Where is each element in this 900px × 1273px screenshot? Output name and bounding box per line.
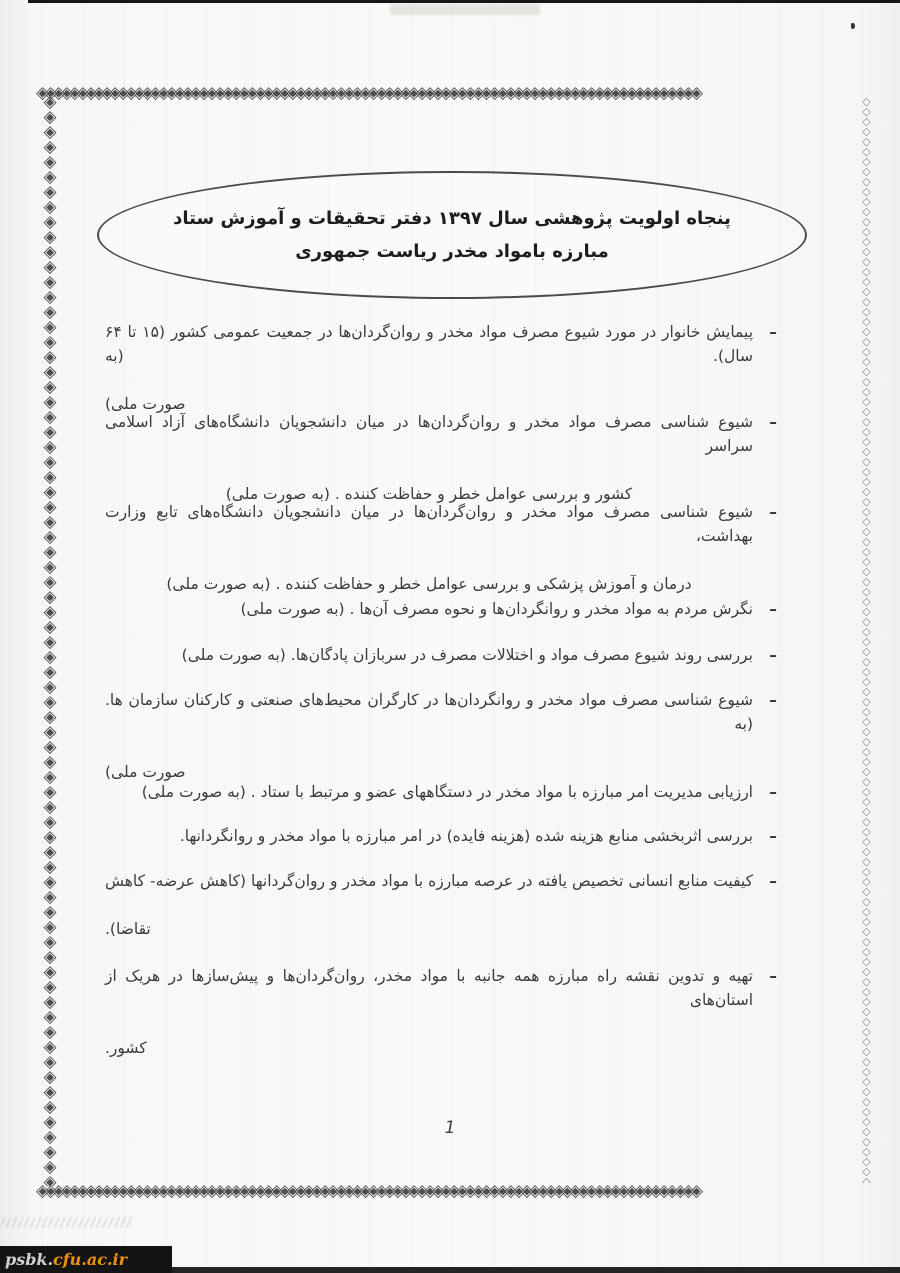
bullet-dash: – — [757, 869, 777, 893]
item-text: شیوع شناسی مصرف مواد مخدر و روانگردان‌ها… — [105, 688, 753, 736]
list-item: – پیمایش خانوار در مورد شیوع مصرف مواد م… — [105, 320, 777, 416]
item-text: تقاضا). — [105, 917, 753, 941]
list-item: – کیفیت منابع انسانی تخصیص یافته در عرصه… — [105, 869, 777, 941]
list-item: – تهیه و تدوین نقشه راه مبارزه همه جانبه… — [105, 964, 777, 1060]
ornament-border-bottom-icon: ◈◈◈◈◈◈◈◈◈◈◈◈◈◈◈◈◈◈◈◈◈◈◈◈◈◈◈◈◈◈◈◈◈◈◈◈◈◈◈◈… — [36, 1181, 874, 1203]
scan-top-edge-line — [28, 0, 900, 3]
list-item: – نگرش مردم به مواد مخدر و روانگردان‌ها … — [105, 597, 777, 621]
item-text: درمان و آموزش پزشکی و بررسی عوامل خطر و … — [105, 572, 753, 596]
watermark: psbk.cfu.ac.ir — [0, 1246, 172, 1273]
title-oval: پنجاه اولویت پژوهشی سال ۱۳۹۷ دفتر تحقیقا… — [97, 171, 807, 299]
bullet-dash: – — [757, 500, 777, 524]
ornament-border-left-icon: ◈◈◈◈◈◈◈◈◈◈◈◈◈◈◈◈◈◈◈◈◈◈◈◈◈◈◈◈◈◈◈◈◈◈◈◈◈◈◈◈… — [36, 92, 60, 1186]
item-text: کیفیت منابع انسانی تخصیص یافته در عرصه م… — [105, 869, 753, 893]
ornament-border-top-icon: ◈◈◈◈◈◈◈◈◈◈◈◈◈◈◈◈◈◈◈◈◈◈◈◈◈◈◈◈◈◈◈◈◈◈◈◈◈◈◈◈… — [36, 83, 874, 105]
scanned-document-page: ◈◈◈◈◈◈◈◈◈◈◈◈◈◈◈◈◈◈◈◈◈◈◈◈◈◈◈◈◈◈◈◈◈◈◈◈◈◈◈◈… — [0, 0, 900, 1273]
watermark-domain: cfu.ac.ir — [53, 1250, 127, 1269]
bullet-dash: – — [757, 688, 777, 712]
list-item: – بررسی اثربخشی منابع هزینه شده (هزینه ف… — [105, 824, 777, 848]
list-item: – شیوع شناسی مصرف مواد مخدر و روان‌گردان… — [105, 410, 777, 506]
item-text: شیوع شناسی مصرف مواد مخدر و روان‌گردان‌ه… — [105, 410, 753, 458]
watermark-prefix: psbk. — [5, 1250, 53, 1269]
bullet-dash: – — [757, 597, 777, 621]
pencil-smudge — [0, 1217, 136, 1228]
bullet-dash: – — [757, 643, 777, 667]
ink-dot — [851, 23, 855, 29]
page-title-line2: مبارزه بامواد مخدر ریاست جمهوری — [295, 243, 609, 261]
item-text: پیمایش خانوار در مورد شیوع مصرف مواد مخد… — [105, 320, 753, 368]
item-text: بررسی روند شیوع مصرف مواد و اختلالات مصر… — [105, 643, 753, 667]
bullet-dash: – — [757, 780, 777, 804]
list-item: – ارزیابی مدیریت امر مبارزه با مواد مخدر… — [105, 780, 777, 804]
bullet-dash: – — [757, 824, 777, 848]
page-title-line1: پنجاه اولویت پژوهشی سال ۱۳۹۷ دفتر تحقیقا… — [173, 210, 731, 228]
bullet-dash: – — [757, 320, 777, 344]
item-text: ارزیابی مدیریت امر مبارزه با مواد مخدر د… — [105, 780, 753, 804]
item-text: کشور. — [105, 1036, 753, 1060]
list-item: – شیوع شناسی مصرف مواد مخدر و روانگردان‌… — [105, 688, 777, 784]
item-text: نگرش مردم به مواد مخدر و روانگردان‌ها و … — [105, 597, 753, 621]
item-text: تهیه و تدوین نقشه راه مبارزه همه جانبه ب… — [105, 964, 753, 1012]
scan-smudge — [390, 4, 540, 15]
list-item: – بررسی روند شیوع مصرف مواد و اختلالات م… — [105, 643, 777, 667]
ornament-border-right-icon: ◇◇◇◇◇◇◇◇◇◇◇◇◇◇◇◇◇◇◇◇◇◇◇◇◇◇◇◇◇◇◇◇◇◇◇◇◇◇◇◇… — [855, 95, 873, 1183]
item-text: بررسی اثربخشی منابع هزینه شده (هزینه فای… — [105, 824, 753, 848]
list-item: – شیوع شناسی مصرف مواد مخدر و روان‌گردان… — [105, 500, 777, 596]
bullet-dash: – — [757, 410, 777, 434]
bullet-dash: – — [757, 964, 777, 988]
page-number: 1 — [438, 1118, 462, 1138]
item-text: شیوع شناسی مصرف مواد مخدر و روان‌گردان‌ه… — [105, 500, 753, 548]
